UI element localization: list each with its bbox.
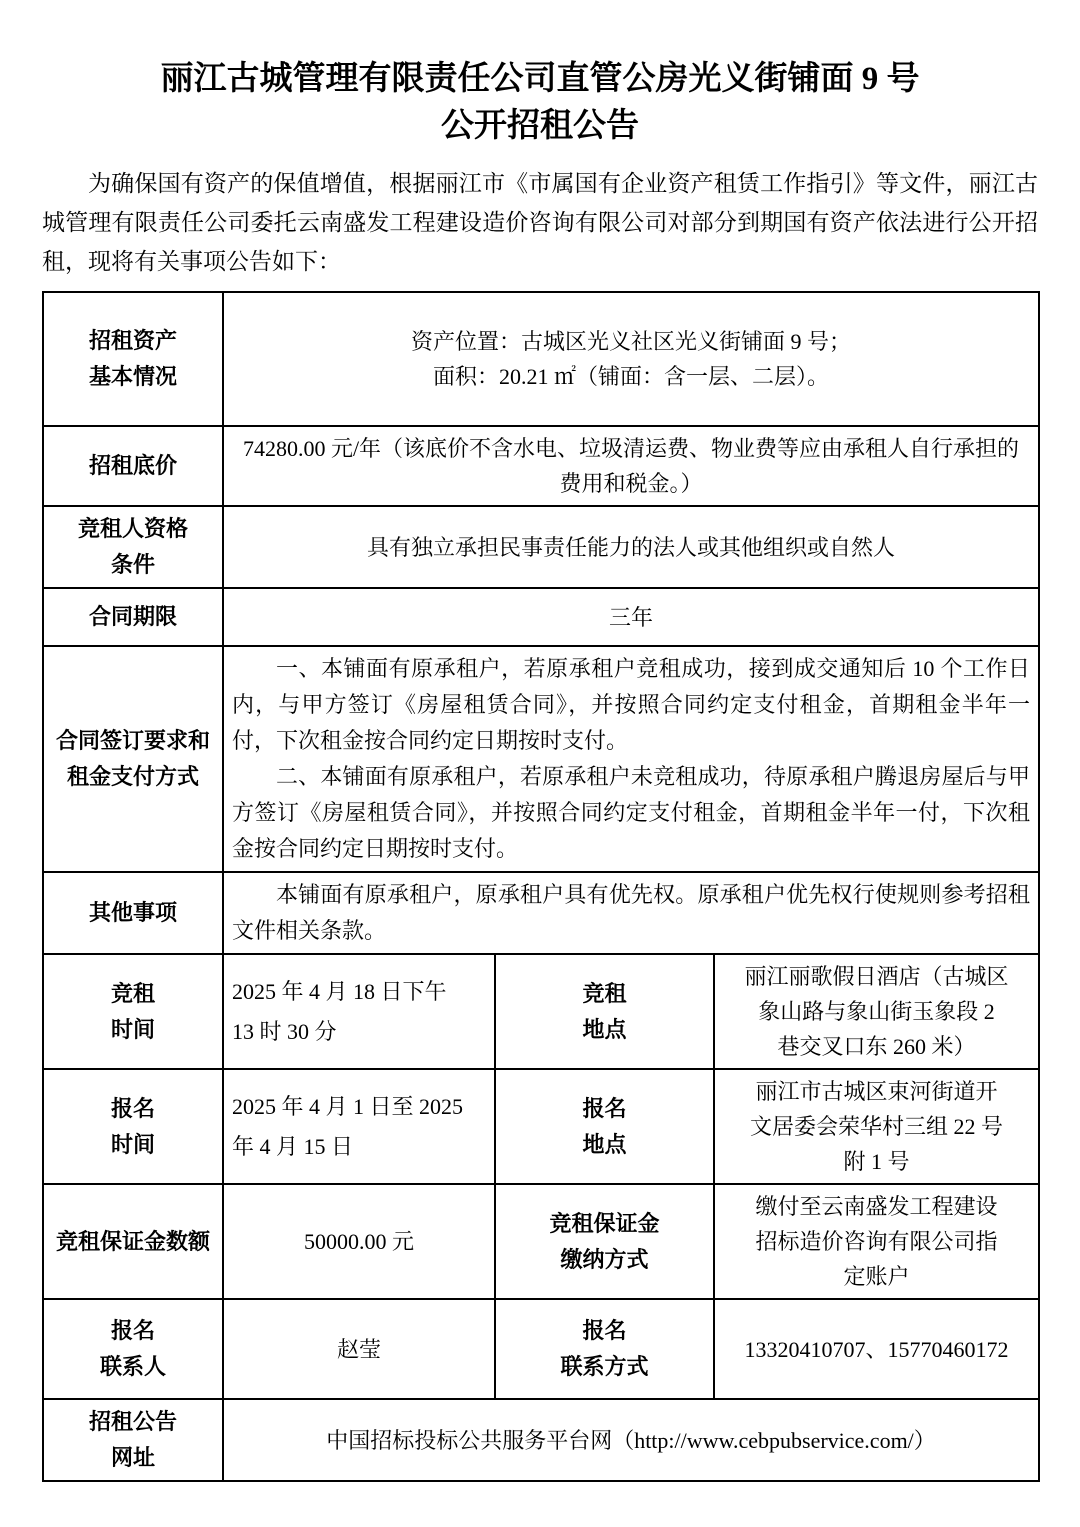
bid-location-label: 竞租 地点: [495, 954, 714, 1069]
qualification-content: 具有独立承担民事责任能力的法人或其他组织或自然人: [223, 506, 1039, 588]
announcement-website-label: 招租公告 网址: [43, 1399, 223, 1481]
deposit-amount-label: 竞租保证金数额: [43, 1184, 223, 1299]
row-asset-info: 招租资产 基本情况 资产位置：古城区光义社区光义街铺面 9 号； 面积：20.2…: [43, 292, 1039, 426]
contact-method-value: 13320410707、15770460172: [714, 1299, 1039, 1399]
row-contact: 报名 联系人 赵莹 报名 联系方式 13320410707、1577046017…: [43, 1299, 1039, 1399]
deposit-payment-label: 竞租保证金 缴纳方式: [495, 1184, 714, 1299]
row-signing-requirements: 合同签订要求和 租金支付方式 一、本铺面有原承租户，若原承租户竞租成功，接到成交…: [43, 646, 1039, 872]
signup-location-label: 报名 地点: [495, 1069, 714, 1184]
deposit-amount-value: 50000.00 元: [223, 1184, 495, 1299]
row-signup-time: 报名 时间 2025 年 4 月 1 日至 2025 年 4 月 15 日 报名…: [43, 1069, 1039, 1184]
page-title-line-2: 公开招租公告: [42, 103, 1038, 150]
bid-time-label: 竞租 时间: [43, 954, 223, 1069]
row-contract-term: 合同期限 三年: [43, 588, 1039, 646]
row-bid-time: 竞租 时间 2025 年 4 月 18 日下午 13 时 30 分 竞租 地点 …: [43, 954, 1039, 1069]
signup-time-value: 2025 年 4 月 1 日至 2025 年 4 月 15 日: [223, 1069, 495, 1184]
row-qualification: 竞租人资格 条件 具有独立承担民事责任能力的法人或其他组织或自然人: [43, 506, 1039, 588]
signing-paragraph-2: 二、本铺面有原承租户，若原承租户未竞租成功，待原承租户腾退房屋后与甲方签订《房屋…: [232, 759, 1030, 867]
signup-time-label: 报名 时间: [43, 1069, 223, 1184]
signup-location-value: 丽江市古城区束河街道开 文居委会荣华村三组 22 号 附 1 号: [714, 1069, 1039, 1184]
contact-person-label: 报名 联系人: [43, 1299, 223, 1399]
row-base-price: 招租底价 74280.00 元/年（该底价不含水电、垃圾清运费、物业费等应由承租…: [43, 426, 1039, 506]
rental-notice-table: 招租资产 基本情况 资产位置：古城区光义社区光义街铺面 9 号； 面积：20.2…: [42, 291, 1040, 1482]
bid-time-value: 2025 年 4 月 18 日下午 13 时 30 分: [223, 954, 495, 1069]
base-price-label: 招租底价: [43, 426, 223, 506]
signing-paragraph-1: 一、本铺面有原承租户，若原承租户竞租成功，接到成交通知后 10 个工作日内，与甲…: [232, 651, 1030, 759]
contact-method-label: 报名 联系方式: [495, 1299, 714, 1399]
qualification-label: 竞租人资格 条件: [43, 506, 223, 588]
deposit-payment-value: 缴付至云南盛发工程建设 招标造价咨询有限公司指 定账户: [714, 1184, 1039, 1299]
other-matters-paragraph: 本铺面有原承租户，原承租户具有优先权。原承租户优先权行使规则参考招租文件相关条款…: [232, 877, 1030, 949]
base-price-content: 74280.00 元/年（该底价不含水电、垃圾清运费、物业费等应由承租人自行承担…: [223, 426, 1039, 506]
contract-term-content: 三年: [223, 588, 1039, 646]
page-title: 丽江古城管理有限责任公司直管公房光义街铺面 9 号 公开招租公告: [42, 56, 1038, 150]
row-deposit: 竞租保证金数额 50000.00 元 竞租保证金 缴纳方式 缴付至云南盛发工程建…: [43, 1184, 1039, 1299]
asset-info-label: 招租资产 基本情况: [43, 292, 223, 426]
row-other-matters: 其他事项 本铺面有原承租户，原承租户具有优先权。原承租户优先权行使规则参考招租文…: [43, 872, 1039, 954]
signing-requirements-label: 合同签订要求和 租金支付方式: [43, 646, 223, 872]
bid-location-value: 丽江丽歌假日酒店（古城区 象山路与象山街玉象段 2 巷交叉口东 260 米）: [714, 954, 1039, 1069]
other-matters-content: 本铺面有原承租户，原承租户具有优先权。原承租户优先权行使规则参考招租文件相关条款…: [223, 872, 1039, 954]
other-matters-label: 其他事项: [43, 872, 223, 954]
document-page: 丽江古城管理有限责任公司直管公房光义街铺面 9 号 公开招租公告 为确保国有资产…: [0, 0, 1080, 1527]
contract-term-label: 合同期限: [43, 588, 223, 646]
contact-person-value: 赵莹: [223, 1299, 495, 1399]
announcement-website-value: 中国招标投标公共服务平台网（http://www.cebpubservice.c…: [223, 1399, 1039, 1481]
row-announcement-website: 招租公告 网址 中国招标投标公共服务平台网（http://www.cebpubs…: [43, 1399, 1039, 1481]
page-title-line-1: 丽江古城管理有限责任公司直管公房光义街铺面 9 号: [42, 56, 1038, 103]
signing-requirements-content: 一、本铺面有原承租户，若原承租户竞租成功，接到成交通知后 10 个工作日内，与甲…: [223, 646, 1039, 872]
intro-paragraph: 为确保国有资产的保值增值，根据丽江市《市属国有企业资产租赁工作指引》等文件，丽江…: [42, 164, 1038, 281]
asset-info-content: 资产位置：古城区光义社区光义街铺面 9 号； 面积：20.21 ㎡（铺面：含一层…: [223, 292, 1039, 426]
